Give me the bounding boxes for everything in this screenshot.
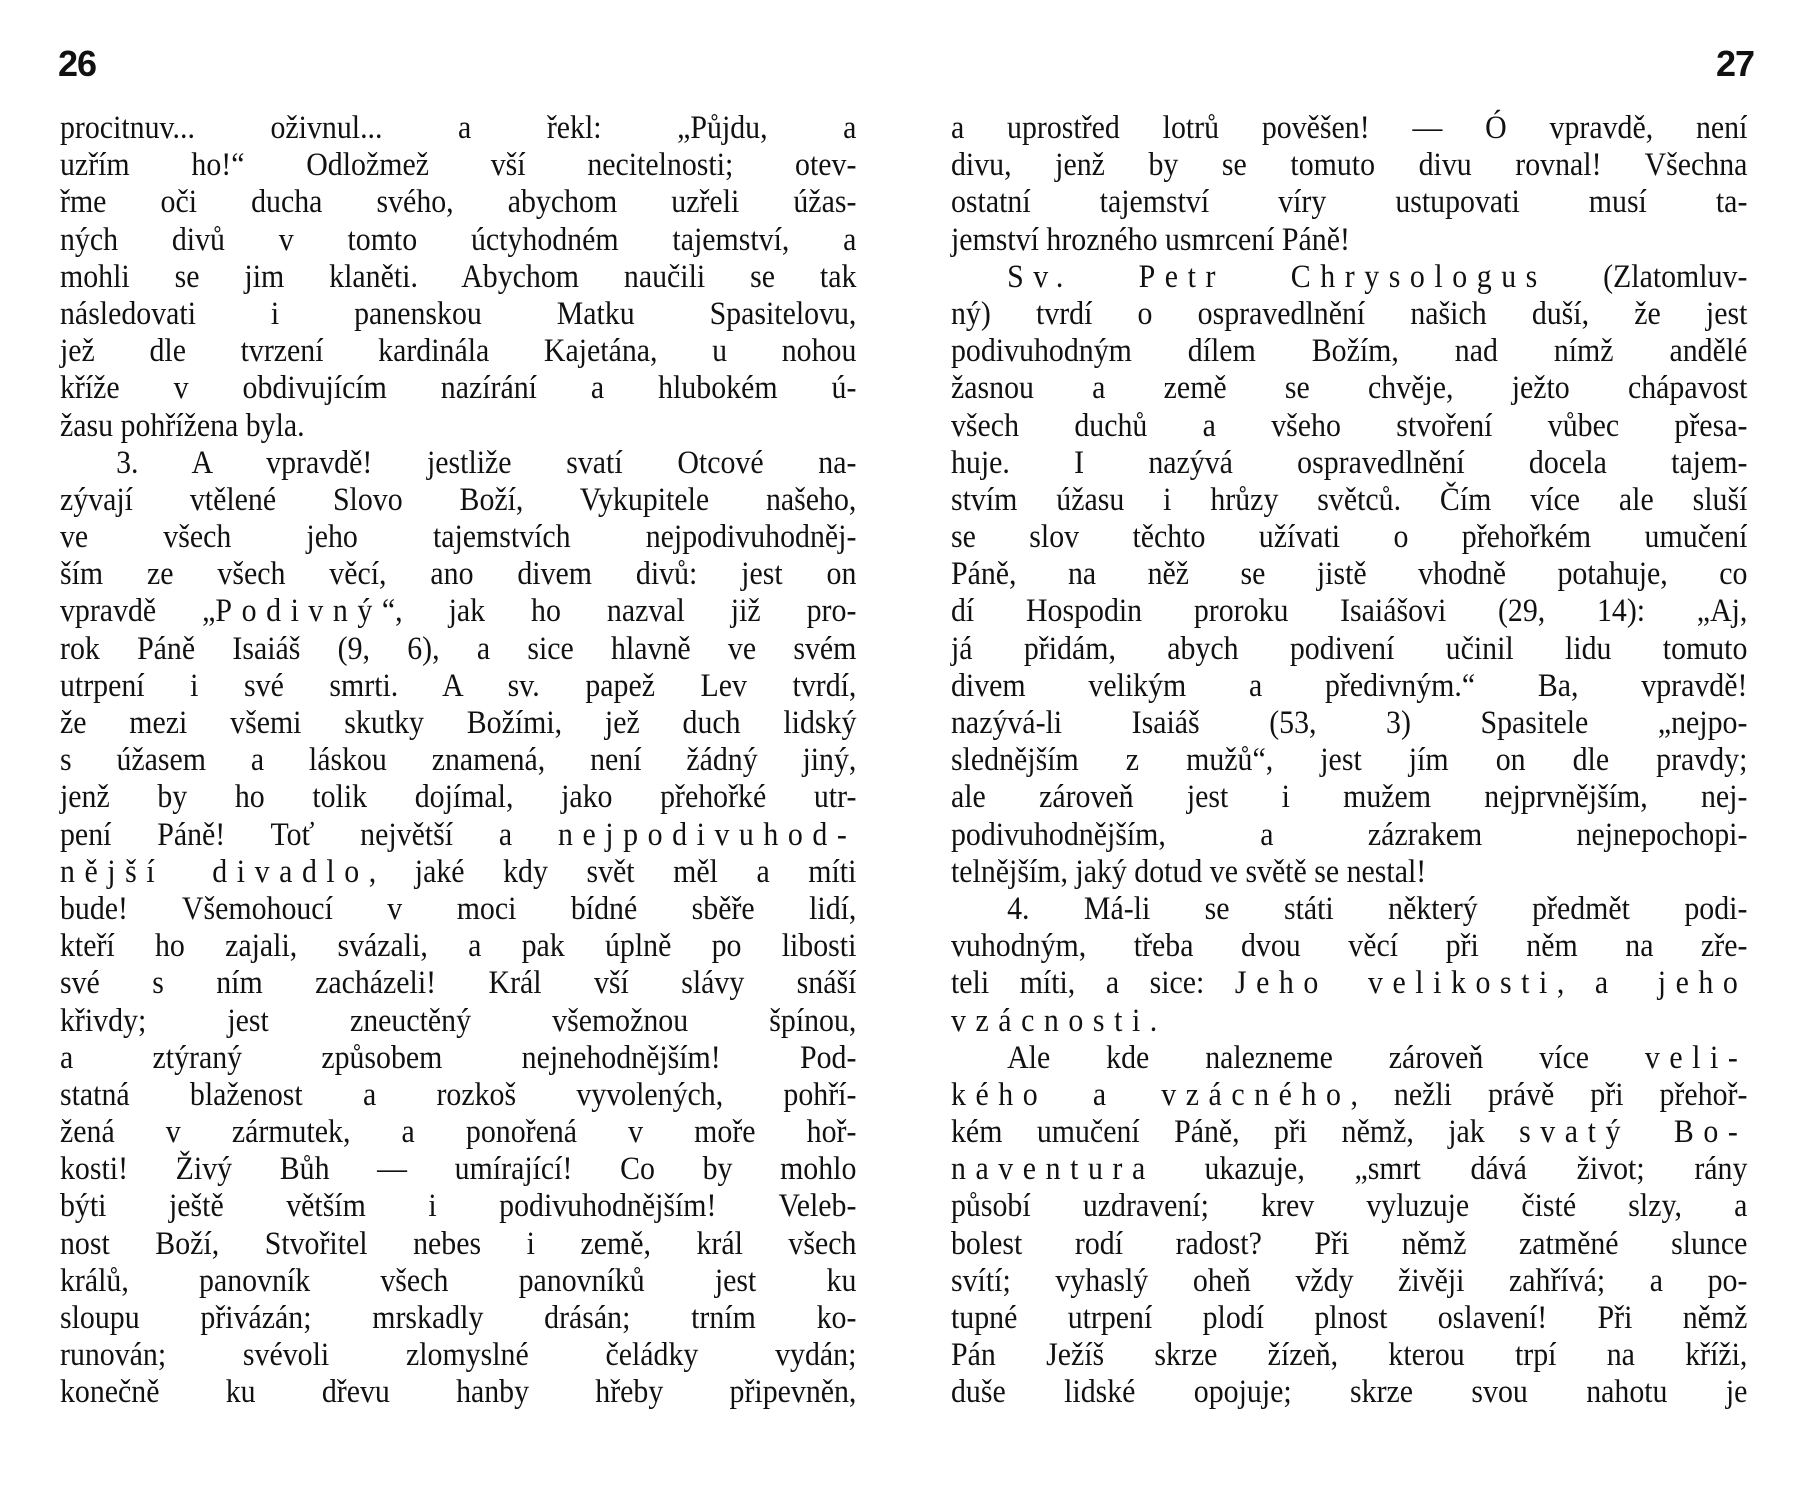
page-number-left: 26 <box>58 44 96 84</box>
right-page-text: a uprostřed lotrů pověšen! — Ó vpravdě, … <box>951 110 1747 1412</box>
text-segment: mohli se jim klaněti. Abychom naučili se… <box>60 259 856 295</box>
text-line: Pán Ježíš skrze žízeň, kterou trpí na kř… <box>951 1337 1747 1374</box>
emphasized-text: Podivný <box>215 593 381 629</box>
text-segment: s úžasem a láskou znamená, není žádný ji… <box>60 742 856 778</box>
text-segment: já přidám, abych podivení učinil lidu to… <box>951 631 1747 667</box>
text-segment: jež dle tvrzení kardinála Kajetána, u no… <box>60 333 856 369</box>
text-segment: bolest rodí radost? Při němž zatměné slu… <box>951 1226 1747 1262</box>
text-segment: kříže v obdivujícím nazírání a hlubokém … <box>60 370 856 406</box>
text-line: huje. I nazývá ospravedlnění docela taje… <box>951 445 1747 482</box>
text-line: kého a vzácného, nežli právě při přehoř- <box>951 1077 1747 1114</box>
text-line: jenž by ho tolik dojímal, jako přehořké … <box>60 779 856 816</box>
text-line: tupné utrpení plodí plnost oslavení! Při… <box>951 1300 1747 1337</box>
text-segment: Pán Ježíš skrze žízeň, kterou trpí na kř… <box>951 1337 1747 1373</box>
text-segment: statná blaženost a rozkoš vyvolených, po… <box>60 1077 856 1113</box>
text-line: runován; svévoli zlomyslné čeládky vydán… <box>60 1337 856 1374</box>
text-line: ných divů v tomto úctyhodném tajemství, … <box>60 222 856 259</box>
text-line: Sv. Petr Chrysologus (Zlatomluv- <box>951 259 1747 296</box>
text-line: s úžasem a láskou znamená, není žádný ji… <box>60 742 856 779</box>
text-line: vpravdě „Podivný“, jak ho nazval již pro… <box>60 593 856 630</box>
emphasized-text: svatý Bo- <box>1519 1114 1747 1150</box>
text-segment: kteří ho zajali, svázali, a pak úplně po… <box>60 928 856 964</box>
text-segment: křivdy; jest zneuctěný všemožnou špínou, <box>60 1003 856 1039</box>
emphasized-text: nější divadlo <box>60 854 369 890</box>
text-segment: ve všech jeho tajemstvích nejpodivuhodně… <box>60 519 856 555</box>
text-segment: řme oči ducha svého, abychom uzřeli úžas… <box>60 184 856 220</box>
text-segment: huje. I nazývá ospravedlnění docela taje… <box>951 445 1747 481</box>
text-line: ostatní tajemství víry ustupovati musí t… <box>951 184 1747 221</box>
text-segment: , nežli právě při přehoř- <box>1350 1077 1747 1113</box>
text-line: stvím úžasu i hrůzy světců. Čím více ale… <box>951 482 1747 519</box>
text-line: jemství hrozného usmrcení Páně! <box>951 222 1747 259</box>
text-segment: slednějším z mužů“, jest jím on dle prav… <box>951 742 1747 778</box>
text-segment: kém umučení Páně, při němž, jak <box>951 1114 1519 1150</box>
text-segment: následovati i panenskou Matku Spasitelov… <box>60 296 856 332</box>
text-line: sloupu přivázán; mrskadly drásán; trním … <box>60 1300 856 1337</box>
text-line: nější divadlo, jaké kdy svět měl a míti <box>60 854 856 891</box>
text-segment: podivuhodnějším, a zázrakem nejnepochopi… <box>951 817 1747 853</box>
text-segment: zývají vtělené Slovo Boží, Vykupitele na… <box>60 482 856 518</box>
text-line: divu, jenž by se tomuto divu rovnal! Vše… <box>951 147 1747 184</box>
emphasized-text: naventura <box>951 1151 1155 1187</box>
text-line: svítí; vyhaslý oheň vždy živěji zahřívá;… <box>951 1263 1747 1300</box>
text-segment: pení Páně! Toť největší a <box>60 817 558 853</box>
text-segment: že mezi všemi skutky Božími, jež duch li… <box>60 705 856 741</box>
text-segment: býti ještě větším i podivuhodnějším! Vel… <box>60 1188 856 1224</box>
text-line: ším ze všech věcí, ano divem divů: jest … <box>60 556 856 593</box>
emphasized-text: kého a vzácného <box>951 1077 1350 1113</box>
text-line: teli míti, a sice: Jeho velikosti, a jeh… <box>951 965 1747 1002</box>
text-line: duše lidské opojuje; skrze svou nahotu j… <box>951 1374 1747 1411</box>
text-segment: tupné utrpení plodí plnost oslavení! Při… <box>951 1300 1747 1336</box>
text-line: žasu pohřížena byla. <box>60 408 856 445</box>
text-segment: působí uzdravení; krev vyluzuje čisté sl… <box>951 1188 1747 1224</box>
text-segment: 3. A vpravdě! jestliže svatí Otcové na- <box>116 445 856 481</box>
text-segment: teli míti, a sice: <box>951 965 1235 1001</box>
text-line: zývají vtělené Slovo Boží, Vykupitele na… <box>60 482 856 519</box>
text-segment: sloupu přivázán; mrskadly drásán; trním … <box>60 1300 856 1336</box>
text-line: a ztýraný způsobem nejnehodnějším! Pod- <box>60 1040 856 1077</box>
text-segment: vpravdě „ <box>60 593 215 629</box>
text-segment: ukazuje, „smrt dává život; rány <box>1155 1151 1748 1187</box>
text-line: následovati i panenskou Matku Spasitelov… <box>60 296 856 333</box>
text-segment: Páně, na něž se jistě vhodně potahuje, c… <box>951 556 1747 592</box>
text-segment: bude! Všemohoucí v moci bídné sběře lidí… <box>60 891 856 927</box>
text-line: naventura ukazuje, „smrt dává život; rán… <box>951 1151 1747 1188</box>
text-line: Páně, na něž se jistě vhodně potahuje, c… <box>951 556 1747 593</box>
text-line: jež dle tvrzení kardinála Kajetána, u no… <box>60 333 856 370</box>
text-line: řme oči ducha svého, abychom uzřeli úžas… <box>60 184 856 221</box>
text-line: podivuhodným dílem Božím, nad nímž anděl… <box>951 333 1747 370</box>
text-line: všech duchů a všeho stvoření vůbec přesa… <box>951 408 1747 445</box>
text-line: rok Páně Isaiáš (9, 6), a sice hlavně ve… <box>60 631 856 668</box>
emphasized-text: Jeho velikosti <box>1235 965 1557 1001</box>
text-segment: divem velikým a předivným.“ Ba, vpravdě! <box>951 668 1747 704</box>
text-line: kteří ho zajali, svázali, a pak úplně po… <box>60 928 856 965</box>
text-line: 3. A vpravdě! jestliže svatí Otcové na- <box>60 445 856 482</box>
emphasized-text: vzácnosti <box>951 1003 1150 1039</box>
text-segment: všech duchů a všeho stvoření vůbec přesa… <box>951 408 1747 444</box>
text-segment: a ztýraný způsobem nejnehodnějším! Pod- <box>60 1040 856 1076</box>
text-line: slednějším z mužů“, jest jím on dle prav… <box>951 742 1747 779</box>
text-segment: dí Hospodin proroku Isaiášovi (29, 14): … <box>951 593 1747 629</box>
text-line: se slov těchto užívati o přehořkém umuče… <box>951 519 1747 556</box>
text-segment: procitnuv... oživnul... a řekl: „Půjdu, … <box>60 110 856 146</box>
text-segment: jemství hrozného usmrcení Páně! <box>951 222 1350 258</box>
text-line: vuhodným, třeba dvou věcí při něm na zře… <box>951 928 1747 965</box>
text-segment: ný) tvrdí o ospravedlnění našich duší, ž… <box>951 296 1747 332</box>
left-page-text: procitnuv... oživnul... a řekl: „Půjdu, … <box>60 110 856 1412</box>
text-line: že mezi všemi skutky Božími, jež duch li… <box>60 705 856 742</box>
text-segment: konečně ku dřevu hanby hřeby připevněn, <box>60 1374 856 1410</box>
text-segment: stvím úžasu i hrůzy světců. Čím více ale… <box>951 482 1747 518</box>
text-line: býti ještě větším i podivuhodnějším! Vel… <box>60 1188 856 1225</box>
text-segment: podivuhodným dílem Božím, nad nímž anděl… <box>951 333 1747 369</box>
text-line: divem velikým a předivným.“ Ba, vpravdě! <box>951 668 1747 705</box>
text-segment: králů, panovník všech panovníků jest ku <box>60 1263 856 1299</box>
text-line: a uprostřed lotrů pověšen! — Ó vpravdě, … <box>951 110 1747 147</box>
text-line: telnějším, jaký dotud ve světě se nestal… <box>951 854 1747 891</box>
text-line: bude! Všemohoucí v moci bídné sběře lidí… <box>60 891 856 928</box>
text-segment: runován; svévoli zlomyslné čeládky vydán… <box>60 1337 856 1373</box>
text-line: Ale kde nalezneme zároveň více veli- <box>951 1040 1747 1077</box>
text-line: kém umučení Páně, při němž, jak svatý Bo… <box>951 1114 1747 1151</box>
text-segment: ale zároveň jest i mužem nejprvnějším, n… <box>951 779 1747 815</box>
text-line: mohli se jim klaněti. Abychom naučili se… <box>60 259 856 296</box>
text-segment: telnějším, jaký dotud ve světě se nestal… <box>951 854 1426 890</box>
text-segment: duše lidské opojuje; skrze svou nahotu j… <box>951 1374 1747 1410</box>
text-line: křivdy; jest zneuctěný všemožnou špínou, <box>60 1003 856 1040</box>
text-segment: divu, jenž by se tomuto divu rovnal! Vše… <box>951 147 1747 183</box>
text-line: statná blaženost a rozkoš vyvolených, po… <box>60 1077 856 1114</box>
text-segment: uzřím ho!“ Odložmež vší necitelnosti; ot… <box>60 147 856 183</box>
text-segment: své s ním zacházeli! Král vší slávy snáš… <box>60 965 856 1001</box>
text-segment: žasu pohřížena byla. <box>60 408 305 444</box>
text-segment: a uprostřed lotrů pověšen! — Ó vpravdě, … <box>951 110 1747 146</box>
text-line: působí uzdravení; krev vyluzuje čisté sl… <box>951 1188 1747 1225</box>
page-number-right: 27 <box>1716 44 1754 84</box>
text-segment: (Zlatomluv- <box>1547 259 1748 295</box>
text-line: ný) tvrdí o ospravedlnění našich duší, ž… <box>951 296 1747 333</box>
text-segment: , <box>1557 965 1595 1001</box>
text-segment: kosti! Živý Bůh — umírající! Co by mohlo <box>60 1151 856 1187</box>
emphasized-text: veli- <box>1645 1040 1748 1076</box>
text-line: bolest rodí radost? Při němž zatměné slu… <box>951 1226 1747 1263</box>
emphasized-text: Sv. Petr Chrysologus <box>1007 259 1547 295</box>
text-line: já přidám, abych podivení učinil lidu to… <box>951 631 1747 668</box>
text-line: ve všech jeho tajemstvích nejpodivuhodně… <box>60 519 856 556</box>
text-line: své s ním zacházeli! Král vší slávy snáš… <box>60 965 856 1002</box>
text-line: utrpení i své smrti. A sv. papež Lev tvr… <box>60 668 856 705</box>
text-line: králů, panovník všech panovníků jest ku <box>60 1263 856 1300</box>
text-line: vzácnosti. <box>951 1003 1747 1040</box>
text-segment: Ale kde nalezneme zároveň více <box>1007 1040 1645 1076</box>
text-segment: ných divů v tomto úctyhodném tajemství, … <box>60 222 856 258</box>
text-line: žená v zármutek, a ponořená v moře hoř- <box>60 1114 856 1151</box>
text-line: podivuhodnějším, a zázrakem nejnepochopi… <box>951 817 1747 854</box>
text-segment: rok Páně Isaiáš (9, 6), a sice hlavně ve… <box>60 631 856 667</box>
text-segment: . <box>1150 1003 1157 1039</box>
text-line: procitnuv... oživnul... a řekl: „Půjdu, … <box>60 110 856 147</box>
emphasized-text: nejpodivuhod- <box>558 817 856 853</box>
text-line: pení Páně! Toť největší a nejpodivuhod- <box>60 817 856 854</box>
text-line: kosti! Živý Bůh — umírající! Co by mohlo <box>60 1151 856 1188</box>
text-line: žasnou a země se chvěje, ježto chápavost <box>951 370 1747 407</box>
text-segment: utrpení i své smrti. A sv. papež Lev tvr… <box>60 668 856 704</box>
text-line: kříže v obdivujícím nazírání a hlubokém … <box>60 370 856 407</box>
text-segment: vuhodným, třeba dvou věcí při něm na zře… <box>951 928 1747 964</box>
text-line: nost Boží, Stvořitel nebes i země, král … <box>60 1226 856 1263</box>
text-line: 4. Má-li se státi některý předmět podi- <box>951 891 1747 928</box>
text-segment: 4. Má-li se státi některý předmět podi- <box>1007 891 1747 927</box>
text-segment: se slov těchto užívati o přehořkém umuče… <box>951 519 1747 555</box>
text-segment: “, jak ho nazval již pro- <box>382 593 856 629</box>
text-segment: jenž by ho tolik dojímal, jako přehořké … <box>60 779 856 815</box>
text-segment: ším ze všech věcí, ano divem divů: jest … <box>60 556 856 592</box>
text-segment: svítí; vyhaslý oheň vždy živěji zahřívá;… <box>951 1263 1747 1299</box>
text-segment: nazývá-li Isaiáš (53, 3) Spasitele „nejp… <box>951 705 1747 741</box>
text-line: nazývá-li Isaiáš (53, 3) Spasitele „nejp… <box>951 705 1747 742</box>
text-segment: žená v zármutek, a ponořená v moře hoř- <box>60 1114 856 1150</box>
text-segment: ostatní tajemství víry ustupovati musí t… <box>951 184 1747 220</box>
text-line: ale zároveň jest i mužem nejprvnějším, n… <box>951 779 1747 816</box>
text-segment: , jaké kdy svět měl a míti <box>369 854 857 890</box>
text-segment: žasnou a země se chvěje, ježto chápavost <box>951 370 1747 406</box>
text-segment: nost Boží, Stvořitel nebes i země, král … <box>60 1226 856 1262</box>
text-line: uzřím ho!“ Odložmež vší necitelnosti; ot… <box>60 147 856 184</box>
text-line: dí Hospodin proroku Isaiášovi (29, 14): … <box>951 593 1747 630</box>
text-line: konečně ku dřevu hanby hřeby připevněn, <box>60 1374 856 1411</box>
emphasized-text: a jeho <box>1595 965 1748 1001</box>
